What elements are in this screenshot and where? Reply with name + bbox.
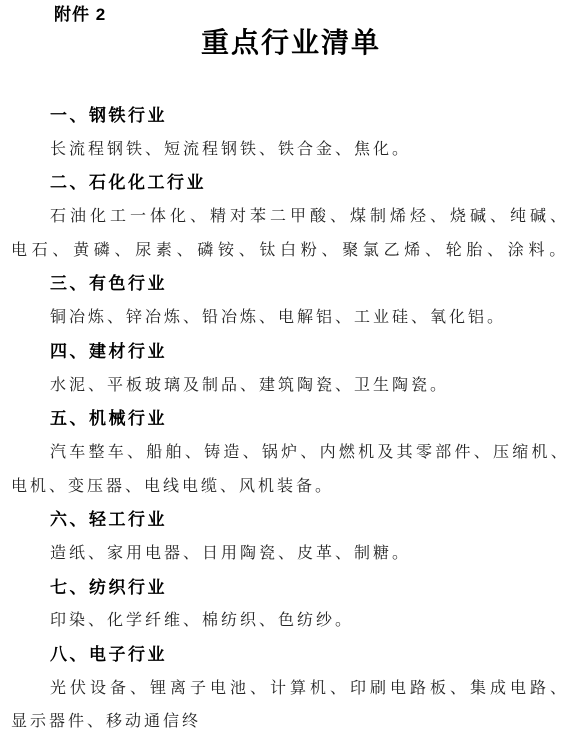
document-title: 重点行业清单: [0, 26, 582, 60]
section-body-line: 铜冶炼、锌冶炼、铅冶炼、电解铝、工业硅、氧化铝。: [11, 301, 570, 335]
section-body-line: 造纸、家用电器、日用陶瓷、皮革、制糖。: [11, 537, 570, 571]
section-heading-textile: 七、纺织行业: [11, 571, 570, 605]
section-body-line: 电石、黄磷、尿素、磷铵、钛白粉、聚氯乙烯、轮胎、涂料。: [11, 234, 570, 268]
section-heading-light-industry: 六、轻工行业: [11, 503, 570, 537]
document-body: 一、钢铁行业 长流程钢铁、短流程钢铁、铁合金、焦化。 二、石化化工行业 石油化工…: [11, 99, 570, 739]
section-body-line: 汽车整车、船舶、铸造、锅炉、内燃机及其零部件、压缩机、: [11, 436, 570, 470]
section-body-line: 光伏设备、锂离子电池、计算机、印刷电路板、集成电路、: [11, 672, 570, 706]
section-heading-steel: 一、钢铁行业: [11, 99, 570, 133]
section-body-line: 印染、化学纤维、棉纺织、色纺纱。: [11, 604, 570, 638]
section-heading-machinery: 五、机械行业: [11, 402, 570, 436]
section-heading-nonferrous: 三、有色行业: [11, 267, 570, 301]
section-body-line: 长流程钢铁、短流程钢铁、铁合金、焦化。: [11, 133, 570, 167]
attachment-label: 附件 2: [54, 3, 106, 27]
document-page: 附件 2 重点行业清单 一、钢铁行业 长流程钢铁、短流程钢铁、铁合金、焦化。 二…: [0, 0, 582, 741]
section-body-line: 石油化工一体化、精对苯二甲酸、煤制烯烃、烧碱、纯碱、: [11, 200, 570, 234]
section-heading-building-materials: 四、建材行业: [11, 335, 570, 369]
section-body-line: 电机、变压器、电线电缆、风机装备。: [11, 470, 570, 504]
section-heading-petrochemical: 二、石化化工行业: [11, 166, 570, 200]
section-body-line: 水泥、平板玻璃及制品、建筑陶瓷、卫生陶瓷。: [11, 369, 570, 403]
section-heading-electronics: 八、电子行业: [11, 638, 570, 672]
section-body-line: 显示器件、移动通信终: [11, 705, 570, 739]
